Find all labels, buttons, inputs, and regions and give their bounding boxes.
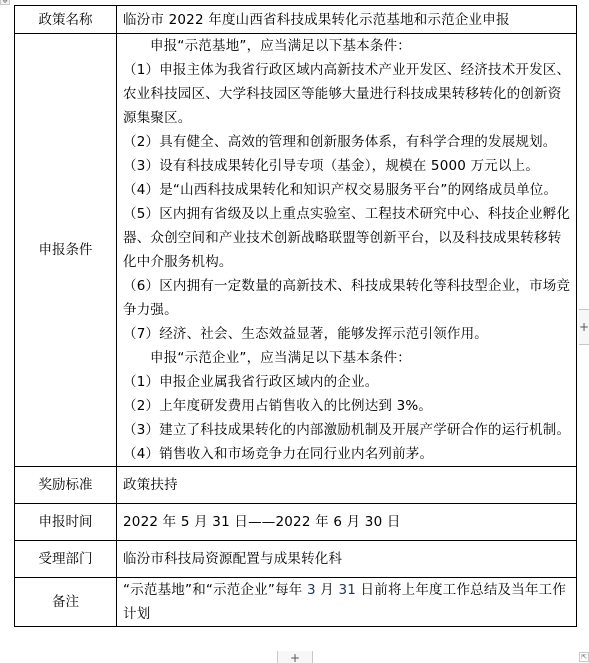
policy-table: 政策名称 临汾市 2022 年度山西省科技成果转化示范基地和示范企业申报 申报条… — [14, 5, 577, 627]
base-condition-7: （7）经济、社会、生态效益显著，能够发挥示范引领作用。 — [123, 322, 572, 346]
conditions-label: 申报条件 — [15, 34, 117, 467]
policy-name-value: 临汾市 2022 年度山西省科技成果转化示范基地和示范企业申报 — [117, 6, 577, 34]
add-row-button[interactable]: + — [277, 651, 313, 663]
base-condition-6: （6）区内拥有一定数量的高新技术、科技成果转化等科技型企业，市场竞争力强。 — [123, 274, 572, 322]
base-condition-5: （5）区内拥有省级及以上重点实验室、工程技术研究中心、科技企业孵化器、众创空间和… — [123, 202, 572, 274]
add-column-button[interactable]: + — [579, 309, 589, 345]
enterprise-conditions-heading: 申报“示范企业”，应当满足以下基本条件： — [123, 346, 572, 370]
remarks-day: 31 — [338, 582, 356, 598]
table-row-apply-time: 申报时间 2022 年 5 月 31 日——2022 年 6 月 30 日 — [15, 504, 577, 541]
base-conditions-heading: 申报“示范基地”，应当满足以下基本条件： — [123, 34, 572, 58]
enterprise-condition-3: （3）建立了科技成果转化的内部激励机制及开展产学研合作的运行机制。 — [123, 418, 572, 442]
reward-value: 政策扶持 — [117, 467, 577, 504]
remarks-value: “示范基地”和“示范企业”每年 3 月 31 日前将上年度工作总结及当年工作计划 — [117, 578, 577, 627]
department-value: 临汾市科技局资源配置与成果转化科 — [117, 541, 577, 578]
base-condition-4: （4）是“山西科技成果转化和知识产权交易服务平台”的网络成员单位。 — [123, 178, 572, 202]
table-resize-handle[interactable]: ⇱ — [579, 652, 589, 662]
remarks-text-mid: 月 — [316, 582, 339, 598]
base-condition-1: （1）申报主体为我省行政区域内高新技术产业开发区、经济技术开发区、农业科技园区、… — [123, 58, 572, 130]
base-condition-3: （3）设有科技成果转化引导专项（基金），规模在 5000 万元以上。 — [123, 154, 572, 178]
apply-time-value: 2022 年 5 月 31 日——2022 年 6 月 30 日 — [117, 504, 577, 541]
apply-time-label: 申报时间 — [15, 504, 117, 541]
policy-name-label: 政策名称 — [15, 6, 117, 34]
table-row-conditions: 申报条件 申报“示范基地”，应当满足以下基本条件： （1）申报主体为我省行政区域… — [15, 34, 577, 467]
enterprise-condition-1: （1）申报企业属我省行政区域内的企业。 — [123, 370, 572, 394]
enterprise-condition-2: （2）上年度研发费用占销售收入的比例达到 3%。 — [123, 394, 572, 418]
table-row-department: 受理部门 临汾市科技局资源配置与成果转化科 — [15, 541, 577, 578]
reward-label: 奖励标准 — [15, 467, 117, 504]
conditions-value: 申报“示范基地”，应当满足以下基本条件： （1）申报主体为我省行政区域内高新技术… — [117, 34, 577, 467]
enterprise-condition-4: （4）销售收入和市场竞争力在同行业内名列前茅。 — [123, 442, 572, 466]
table-row-policy-name: 政策名称 临汾市 2022 年度山西省科技成果转化示范基地和示范企业申报 — [15, 6, 577, 34]
remarks-label: 备注 — [15, 578, 117, 627]
table-move-handle[interactable]: ✥ — [0, 0, 10, 5]
remarks-text-before: “示范基地”和“示范企业”每年 — [123, 582, 307, 598]
remarks-month: 3 — [307, 582, 316, 598]
table-row-remarks: 备注 “示范基地”和“示范企业”每年 3 月 31 日前将上年度工作总结及当年工… — [15, 578, 577, 627]
base-condition-2: （2）具有健全、高效的管理和创新服务体系，有科学合理的发展规划。 — [123, 130, 572, 154]
department-label: 受理部门 — [15, 541, 117, 578]
table-row-reward: 奖励标准 政策扶持 — [15, 467, 577, 504]
